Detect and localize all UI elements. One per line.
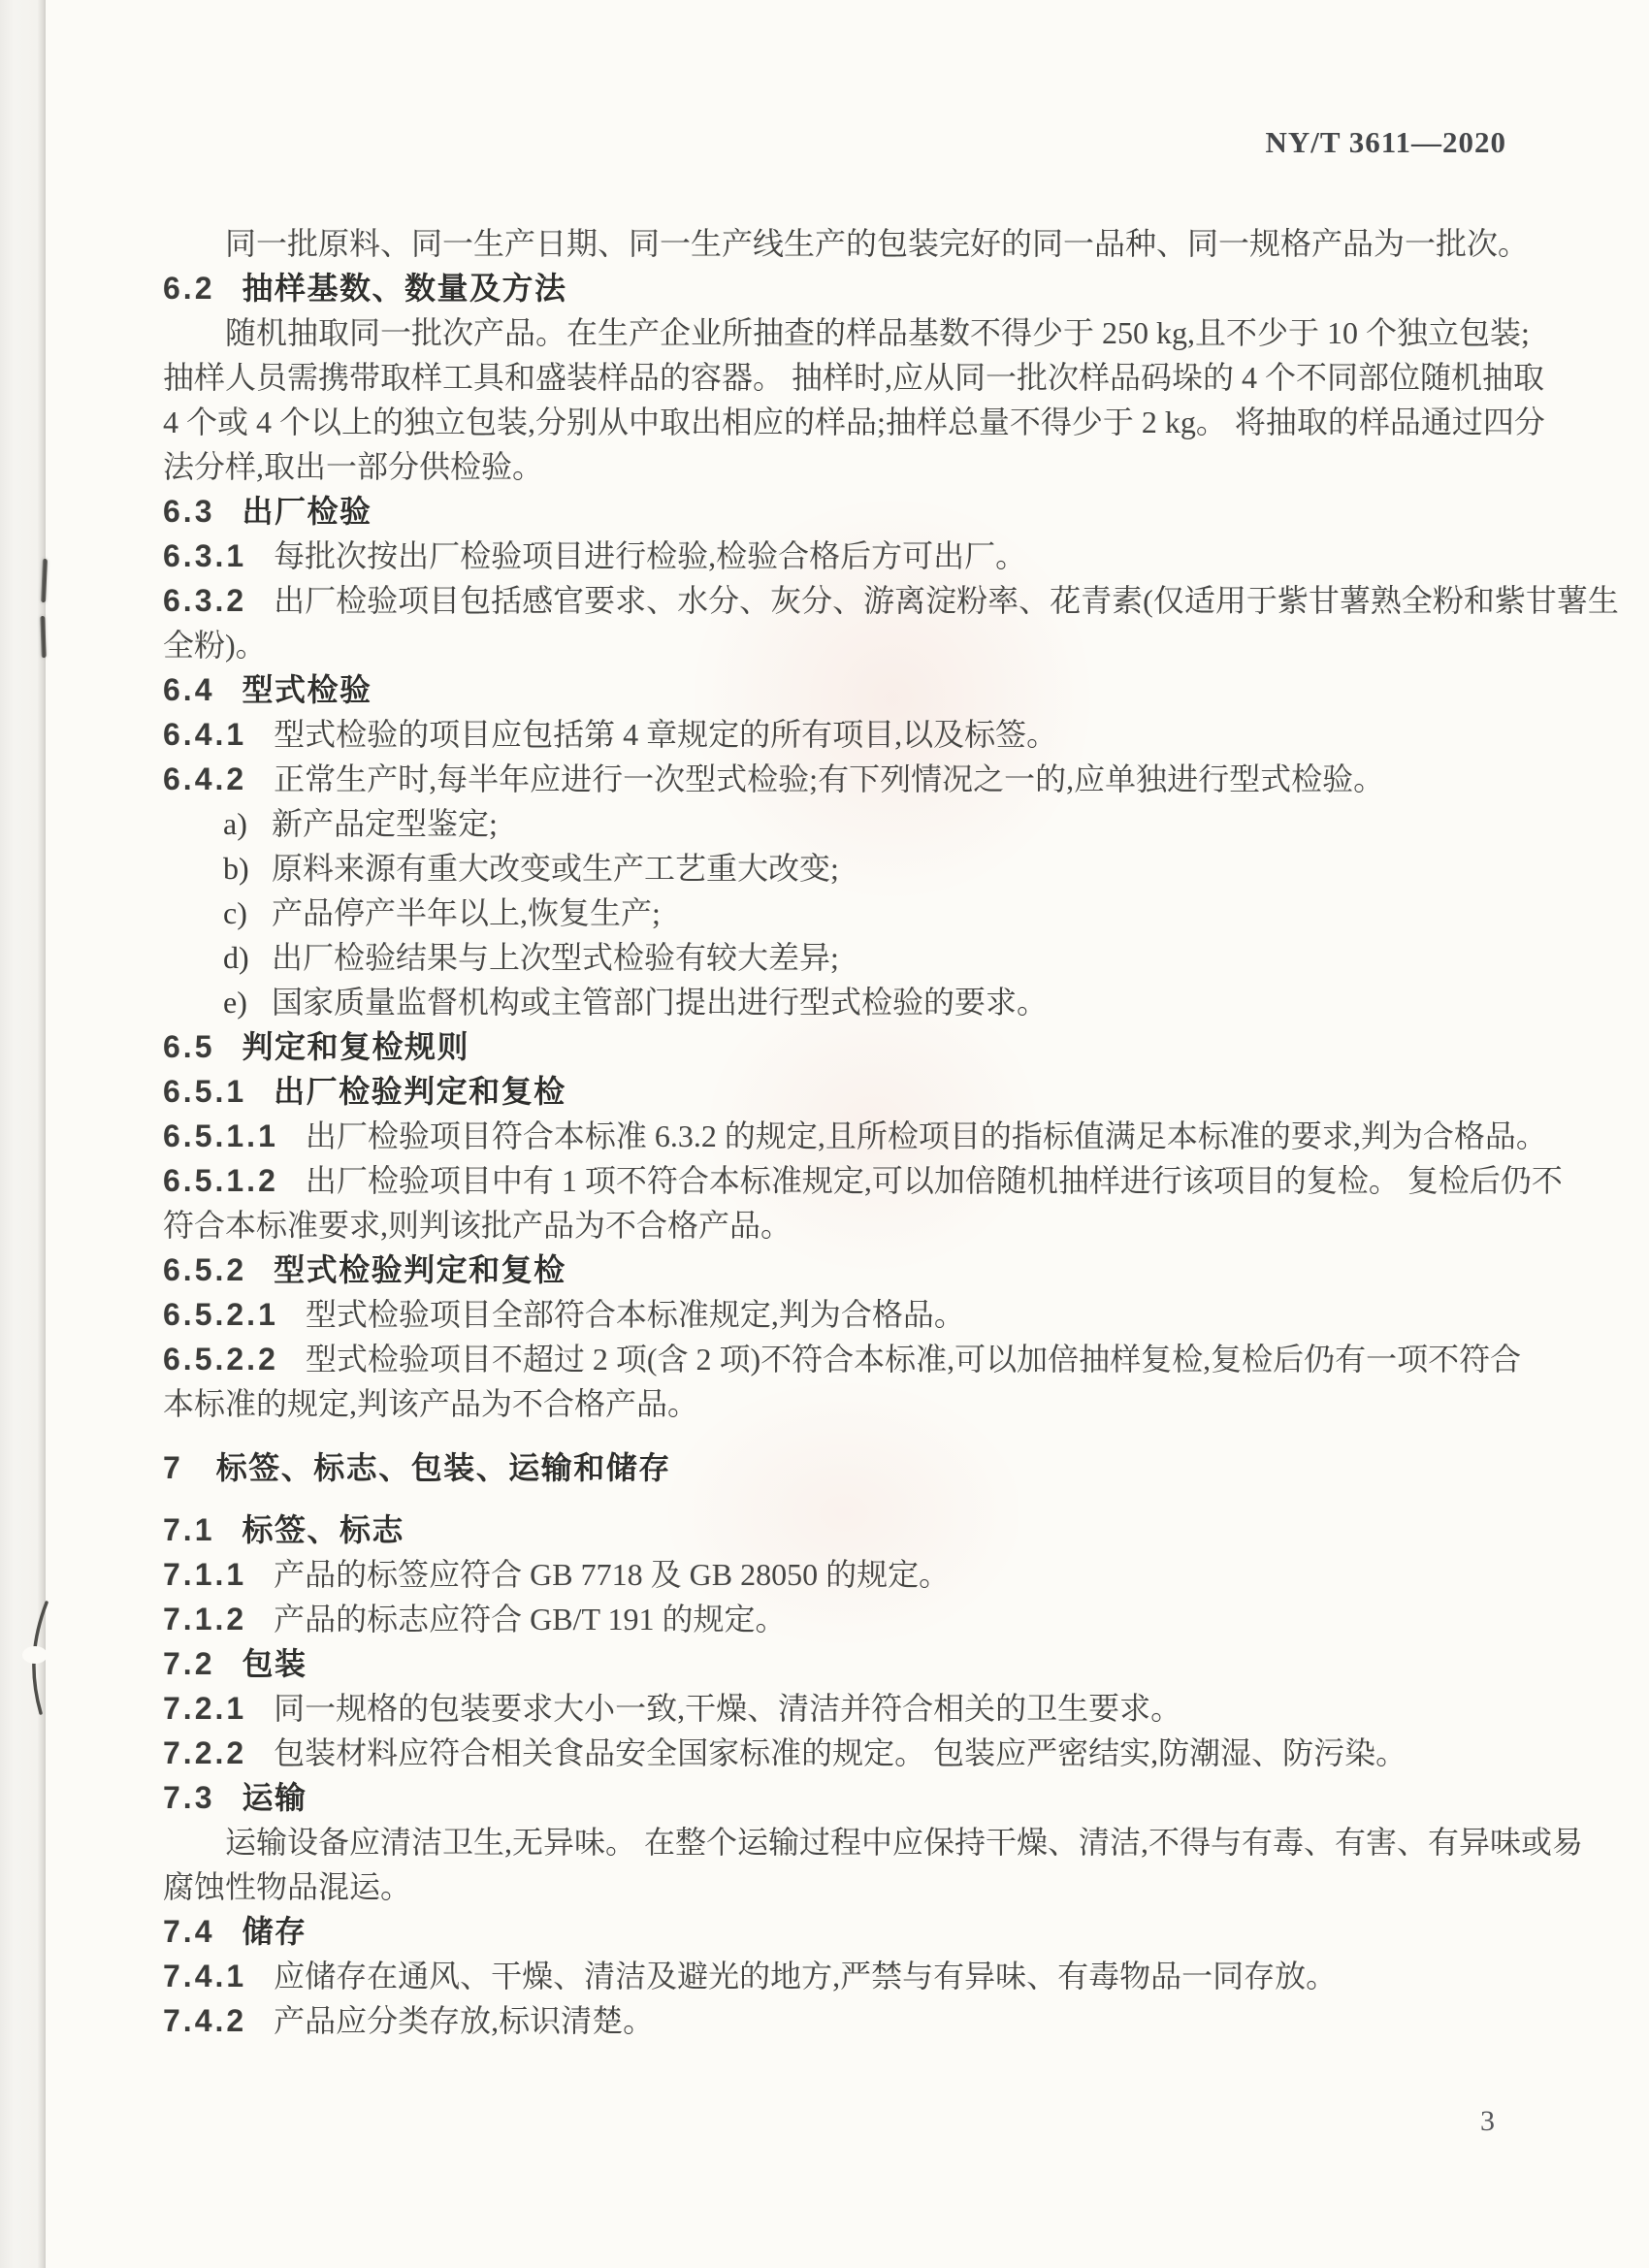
clause-line: 6.4.1型式检验的项目应包括第 4 章规定的所有项目,以及标签。 xyxy=(163,712,1506,757)
list-item: d)出厂检验结果与上次型式检验有较大差异; xyxy=(163,935,1506,980)
paragraph-continuation-line: 全粉)。 xyxy=(163,623,1506,667)
clause-line: 7.4.2产品应分类存放,标识清楚。 xyxy=(163,1998,1506,2043)
line-text: 应储存在通风、干燥、清洁及避光的地方,严禁与有异味、有毒物品一同存放。 xyxy=(274,1959,1337,1993)
clause-number: 7.1.1 xyxy=(163,1557,246,1592)
standard-number-header: NY/T 3611—2020 xyxy=(1265,125,1506,160)
clause-number: 7.4.1 xyxy=(163,1959,246,1993)
clause-line: 7.2.1同一规格的包装要求大小一致,干燥、清洁并符合相关的卫生要求。 xyxy=(163,1686,1506,1731)
line-text: 产品的标志应符合 GB/T 191 的规定。 xyxy=(274,1602,786,1636)
clause-line: 6.5.1.1出厂检验项目符合本标准 6.3.2 的规定,且所检项目的指标值满足… xyxy=(163,1114,1506,1158)
clause-number: 7.2.1 xyxy=(163,1691,246,1726)
line-text: 出厂检验项目中有 1 项不符合本标准规定,可以加倍随机抽样进行该项目的复检。 复… xyxy=(306,1163,1563,1198)
clause-number: 6.4 xyxy=(163,672,214,707)
paragraph-line: 同一批原料、同一生产日期、同一生产线生产的包装完好的同一品种、同一规格产品为一批… xyxy=(163,221,1506,266)
line-text: 型式检验判定和复检 xyxy=(274,1252,566,1287)
line-text: 抽样基数、数量及方法 xyxy=(242,271,566,306)
line-text: 储存 xyxy=(242,1914,307,1949)
chapter-heading: 7标签、标志、包装、运输和储存 xyxy=(163,1445,1506,1490)
clause-line: 7.4.1应储存在通风、干燥、清洁及避光的地方,严禁与有异味、有毒物品一同存放。 xyxy=(163,1954,1506,1998)
line-text: 标签、标志、包装、运输和储存 xyxy=(216,1450,671,1485)
paragraph-continuation-line: 4 个或 4 个以上的独立包装,分别从中取出相应的样品;抽样总量不得少于 2 k… xyxy=(163,400,1506,444)
line-text: 出厂检验 xyxy=(242,494,372,529)
line-text: 型式检验的项目应包括第 4 章规定的所有项目,以及标签。 xyxy=(274,717,1057,752)
clause-number: b) xyxy=(223,846,250,891)
staple-mark-3 xyxy=(17,1599,60,1719)
line-text: 本标准的规定,判该产品为不合格产品。 xyxy=(163,1386,698,1421)
line-text: 出厂检验项目包括感官要求、水分、灰分、游离淀粉率、花青素(仅适用于紫甘薯熟全粉和… xyxy=(274,583,1619,618)
scanned-standard-page: NY/T 3611—2020 同一批原料、同一生产日期、同一生产线生产的包装完好… xyxy=(0,0,1649,2268)
line-text: 符合本标准要求,则判该批产品为不合格产品。 xyxy=(163,1208,792,1243)
list-item: a)新产品定型鉴定; xyxy=(163,801,1506,846)
line-text: 包装 xyxy=(242,1646,307,1681)
clause-line: 6.3.2出厂检验项目包括感官要求、水分、灰分、游离淀粉率、花青素(仅适用于紫甘… xyxy=(163,578,1506,623)
list-item: b)原料来源有重大改变或生产工艺重大改变; xyxy=(163,846,1506,891)
clause-number: e) xyxy=(223,980,250,1024)
clause-number: d) xyxy=(223,935,250,980)
page-edge-shadow xyxy=(0,0,46,2268)
section-heading: 6.2抽样基数、数量及方法 xyxy=(163,266,1506,310)
list-item: e)国家质量监督机构或主管部门提出进行型式检验的要求。 xyxy=(163,980,1506,1024)
clause-number: 7 xyxy=(163,1450,183,1485)
section-heading: 7.3运输 xyxy=(163,1775,1506,1820)
clause-line: 6.5.2.2型式检验项目不超过 2 项(含 2 项)不符合本标准,可以加倍抽样… xyxy=(163,1337,1506,1381)
line-text: 型式检验项目不超过 2 项(含 2 项)不符合本标准,可以加倍抽样复检,复检后仍… xyxy=(306,1342,1521,1377)
line-text: 腐蚀性物品混运。 xyxy=(163,1869,411,1904)
line-text: 同一批原料、同一生产日期、同一生产线生产的包装完好的同一品种、同一规格产品为一批… xyxy=(225,226,1529,261)
subsection-heading: 6.5.2型式检验判定和复检 xyxy=(163,1247,1506,1292)
clause-number: 6.5 xyxy=(163,1029,214,1064)
line-text: 每批次按出厂检验项目进行检验,检验合格后方可出厂。 xyxy=(274,538,1026,573)
clause-number: c) xyxy=(223,891,250,935)
clause-number: 6.5.1.2 xyxy=(163,1163,278,1198)
section-heading: 6.3出厂检验 xyxy=(163,489,1506,534)
line-text: 产品的标签应符合 GB 7718 及 GB 28050 的规定。 xyxy=(274,1557,950,1592)
line-text: 标签、标志 xyxy=(242,1512,404,1547)
clause-line: 6.5.2.1型式检验项目全部符合本标准规定,判为合格品。 xyxy=(163,1292,1506,1337)
clause-number: a) xyxy=(223,801,250,846)
clause-number: 7.4.2 xyxy=(163,2003,246,2038)
clause-number: 7.4 xyxy=(163,1914,214,1949)
line-text: 同一规格的包装要求大小一致,干燥、清洁并符合相关的卫生要求。 xyxy=(274,1691,1181,1726)
clause-number: 6.2 xyxy=(163,271,214,306)
content: 同一批原料、同一生产日期、同一生产线生产的包装完好的同一品种、同一规格产品为一批… xyxy=(163,221,1506,2043)
clause-number: 7.2 xyxy=(163,1646,214,1681)
paragraph-continuation-line: 符合本标准要求,则判该批产品为不合格产品。 xyxy=(163,1203,1506,1247)
clause-number: 6.5.2.2 xyxy=(163,1342,278,1377)
section-heading: 7.1标签、标志 xyxy=(163,1507,1506,1552)
clause-number: 6.4.1 xyxy=(163,717,246,752)
paragraph-continuation-line: 法分样,取出一部分供检验。 xyxy=(163,444,1506,489)
subsection-heading: 6.5.1出厂检验判定和复检 xyxy=(163,1069,1506,1114)
section-heading: 6.4型式检验 xyxy=(163,667,1506,712)
line-text: 正常生产时,每半年应进行一次型式检验;有下列情况之一的,应单独进行型式检验。 xyxy=(274,761,1384,796)
clause-line: 7.1.2产品的标志应符合 GB/T 191 的规定。 xyxy=(163,1597,1506,1641)
clause-number: 6.5.1 xyxy=(163,1074,246,1109)
clause-line: 7.1.1产品的标签应符合 GB 7718 及 GB 28050 的规定。 xyxy=(163,1552,1506,1597)
section-heading: 7.4储存 xyxy=(163,1909,1506,1954)
clause-number: 6.5.1.1 xyxy=(163,1118,278,1153)
clause-line: 7.2.2包装材料应符合相关食品安全国家标准的规定。 包装应严密结实,防潮湿、防… xyxy=(163,1731,1506,1775)
line-text: 抽样人员需携带取样工具和盛装样品的容器。 抽样时,应从同一批次样品码垛的 4 个… xyxy=(163,360,1544,395)
paragraph-continuation-line: 腐蚀性物品混运。 xyxy=(163,1864,1506,1909)
paragraph-continuation-line: 抽样人员需携带取样工具和盛装样品的容器。 抽样时,应从同一批次样品码垛的 4 个… xyxy=(163,355,1506,400)
clause-number: 7.2.2 xyxy=(163,1735,246,1770)
section-heading: 6.5判定和复检规则 xyxy=(163,1024,1506,1069)
line-text: 运输设备应清洁卫生,无异味。 在整个运输过程中应保持干燥、清洁,不得与有毒、有害… xyxy=(225,1825,1583,1860)
line-text: 出厂检验判定和复检 xyxy=(274,1074,566,1109)
line-text: 判定和复检规则 xyxy=(242,1029,469,1064)
clause-line: 6.3.1每批次按出厂检验项目进行检验,检验合格后方可出厂。 xyxy=(163,534,1506,578)
line-text: 型式检验 xyxy=(242,672,372,707)
section-heading: 7.2包装 xyxy=(163,1641,1506,1686)
paragraph-continuation-line: 本标准的规定,判该产品为不合格产品。 xyxy=(163,1381,1506,1426)
line-text: 法分样,取出一部分供检验。 xyxy=(163,449,543,484)
staple-mark-1 xyxy=(41,559,48,602)
line-text: 国家质量监督机构或主管部门提出进行型式检验的要求。 xyxy=(272,985,1048,1020)
line-text: 原料来源有重大改变或生产工艺重大改变; xyxy=(272,851,839,886)
clause-number: 7.3 xyxy=(163,1780,214,1815)
clause-number: 6.3.1 xyxy=(163,538,246,573)
line-text: 出厂检验项目符合本标准 6.3.2 的规定,且所检项目的指标值满足本标准的要求,… xyxy=(306,1118,1547,1153)
line-text: 随机抽取同一批次产品。在生产企业所抽查的样品基数不得少于 250 kg,且不少于… xyxy=(225,315,1530,350)
line-text: 4 个或 4 个以上的独立包装,分别从中取出相应的样品;抽样总量不得少于 2 k… xyxy=(163,405,1545,439)
clause-number: 6.5.2.1 xyxy=(163,1297,278,1332)
line-text: 出厂检验结果与上次型式检验有较大差异; xyxy=(272,940,839,975)
line-text: 包装材料应符合相关食品安全国家标准的规定。 包装应严密结实,防潮湿、防污染。 xyxy=(274,1735,1406,1770)
line-text: 新产品定型鉴定; xyxy=(272,806,498,841)
clause-number: 7.1 xyxy=(163,1512,214,1547)
line-text: 全粉)。 xyxy=(163,628,267,663)
page-number: 3 xyxy=(1480,2105,1495,2138)
line-text: 运输 xyxy=(242,1780,307,1815)
clause-line: 6.4.2正常生产时,每半年应进行一次型式检验;有下列情况之一的,应单独进行型式… xyxy=(163,757,1506,801)
clause-number: 7.1.2 xyxy=(163,1602,246,1636)
paragraph-line: 随机抽取同一批次产品。在生产企业所抽查的样品基数不得少于 250 kg,且不少于… xyxy=(163,310,1506,355)
clause-line: 6.5.1.2出厂检验项目中有 1 项不符合本标准规定,可以加倍随机抽样进行该项… xyxy=(163,1158,1506,1203)
line-text: 产品应分类存放,标识清楚。 xyxy=(274,2003,654,2038)
line-text: 产品停产半年以上,恢复生产; xyxy=(272,895,661,930)
paragraph-line: 运输设备应清洁卫生,无异味。 在整个运输过程中应保持干燥、清洁,不得与有毒、有害… xyxy=(163,1820,1506,1864)
clause-number: 6.3.2 xyxy=(163,583,246,618)
list-item: c)产品停产半年以上,恢复生产; xyxy=(163,891,1506,935)
clause-number: 6.5.2 xyxy=(163,1252,246,1287)
line-text: 型式检验项目全部符合本标准规定,判为合格品。 xyxy=(306,1297,965,1332)
clause-number: 6.3 xyxy=(163,494,214,529)
clause-number: 6.4.2 xyxy=(163,761,246,796)
